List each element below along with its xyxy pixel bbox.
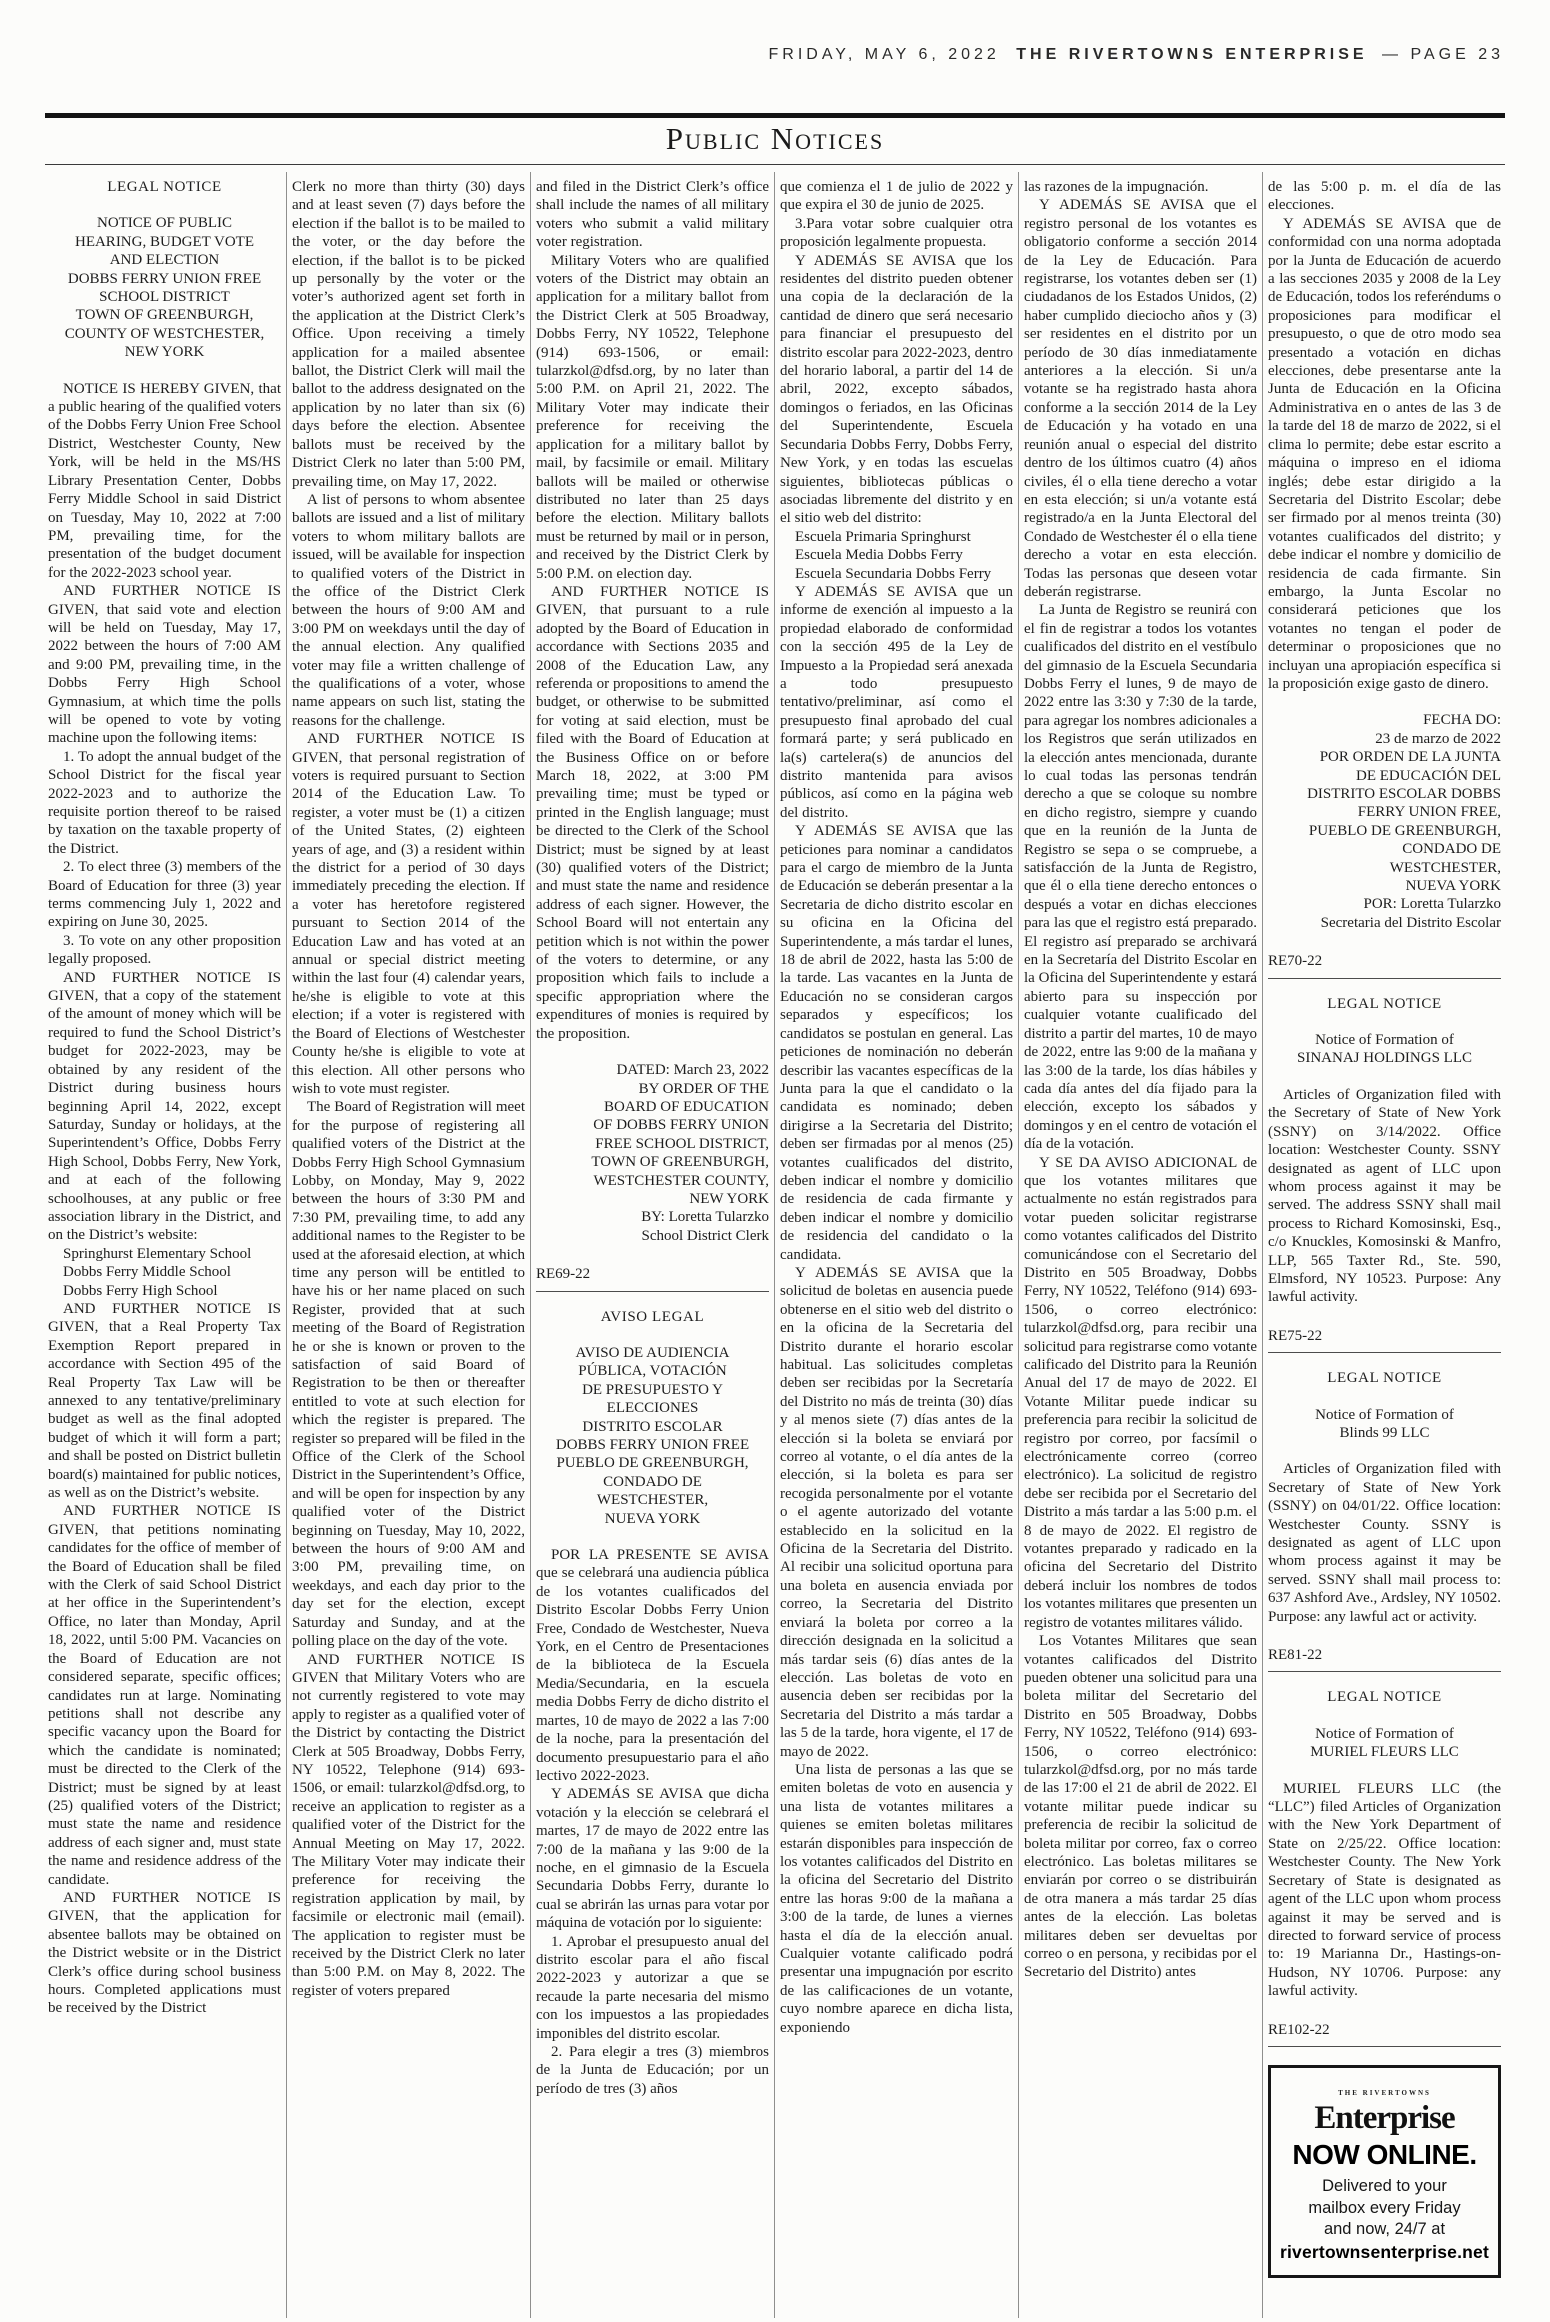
notice-paragraph: Y SE DA AVISO ADICIONAL de que los votan… [1024,1154,1257,1633]
paper-name: THE RIVERTOWNS ENTERPRISE [1016,46,1367,63]
notice-paragraph: Y ADEMÁS SE AVISA que los residentes del… [780,252,1013,528]
page-header: FRIDAY, MAY 6, 2022 THE RIVERTOWNS ENTER… [768,46,1504,64]
notice-paragraph: The Board of Registration will meet for … [292,1098,525,1650]
notice-paragraph: 2. To elect three (3) members of the Boa… [48,858,281,932]
section-title: Public Notices [0,121,1550,157]
section-title-rule [45,164,1505,165]
ad-body-text: Delivered to your mailbox every Friday a… [1277,2176,1492,2239]
column-4: que comienza el 1 de julio de 2022 y que… [780,172,1013,2318]
notice-paragraph: Y ADEMÁS SE AVISA que un informe de exen… [780,583,1013,822]
enterprise-ad: THE RIVERTOWNSEnterpriseNOW ONLINE.Deliv… [1268,2065,1501,2278]
header-rule [45,113,1505,118]
notice-ref-tag: RE69-22 [536,1265,769,1291]
notice-subheading: Notice of Formation of MURIEL FLEURS LLC [1268,1725,1501,1762]
notice-heading: LEGAL NOTICE [1268,995,1501,1013]
column-1: LEGAL NOTICENOTICE OF PUBLIC HEARING, BU… [48,172,281,2318]
column-rule [286,172,287,2318]
notice-paragraph: Y ADEMÁS SE AVISA que las peticiones par… [780,822,1013,1264]
newspaper-page: FRIDAY, MAY 6, 2022 THE RIVERTOWNS ENTER… [0,0,1550,2322]
notice-columns: LEGAL NOTICENOTICE OF PUBLIC HEARING, BU… [48,172,1501,2318]
notice-paragraph: 1. To adopt the annual budget of the Sch… [48,748,281,858]
notice-paragraph: Y ADEMÁS SE AVISA que la solicitud de bo… [780,1264,1013,1761]
notice-paragraph: Y ADEMÁS SE AVISA que de conformidad con… [1268,215,1501,694]
notice-paragraph: 3.Para votar sobre cualquier otra propos… [780,215,1013,252]
column-5: las razones de la impugnación.Y ADEMÁS S… [1024,172,1257,2318]
notice-paragraph: AND FURTHER NOTICE IS GIVEN, that a copy… [48,969,281,1245]
notice-paragraph: 3. To vote on any other proposition lega… [48,932,281,969]
notice-ref-label: RE102-22 [1268,2021,1501,2039]
notice-paragraph: Una lista de personas a las que se emite… [780,1761,1013,2037]
notice-subheading: NOTICE OF PUBLIC HEARING, BUDGET VOTE AN… [48,214,281,361]
notice-heading: LEGAL NOTICE [1268,1369,1501,1387]
notice-paragraph: AND FURTHER NOTICE IS GIVEN, that person… [292,730,525,1098]
notice-paragraph: Military Voters who are qualified voters… [536,252,769,583]
notice-heading: AVISO LEGAL [536,1308,769,1326]
column-3: and filed in the District Clerk’s office… [536,172,769,2318]
notice-ref-label: RE81-22 [1268,1646,1501,1664]
notice-paragraph: Articles of Organization filed with Secr… [1268,1460,1501,1626]
notice-paragraph: AND FURTHER NOTICE IS GIVEN that Militar… [292,1651,525,2001]
notice-paragraph-continued: que comienza el 1 de julio de 2022 y que… [780,178,1013,215]
notice-heading: LEGAL NOTICE [48,178,281,196]
notice-paragraph: La Junta de Registro se reunirá con el f… [1024,601,1257,1153]
signature-block: DATED: March 23, 2022 BY ORDER OF THE BO… [536,1061,769,1245]
ad-website: rivertownsenterprise.net [1277,2243,1492,2261]
column-2: Clerk no more than thirty (30) days and … [292,172,525,2318]
notice-ref-label: RE69-22 [536,1265,769,1283]
notice-heading: LEGAL NOTICE [1268,1688,1501,1706]
notice-ref-label: RE70-22 [1268,952,1501,970]
notice-paragraph: POR LA PRESENTE SE AVISA que se celebrar… [536,1546,769,1785]
notice-divider-rule [1268,1671,1501,1672]
notice-paragraph: MURIEL FLEURS LLC (the “LLC”) filed Arti… [1268,1780,1501,2001]
ad-headline: NOW ONLINE. [1277,2146,1492,2164]
notice-paragraph: 1. Aprobar el presupuesto anual del dist… [536,1933,769,2043]
notice-paragraph: Los Votantes Militares que sean votantes… [1024,1632,1257,1982]
column-rule [530,172,531,2318]
notice-ref-label: RE75-22 [1268,1327,1501,1345]
notice-list: Escuela Primaria Springhurst Escuela Med… [780,528,1013,583]
column-rule [774,172,775,2318]
ad-logo: Enterprise [1277,2102,1492,2136]
notice-paragraph-continued: las razones de la impugnación. [1024,178,1257,196]
notice-paragraph: AND FURTHER NOTICE IS GIVEN, that pursua… [536,583,769,1043]
signature-block: FECHA DO: 23 de marzo de 2022 POR ORDEN … [1268,711,1501,932]
notice-list: Springhurst Elementary School Dobbs Ferr… [48,1245,281,1300]
notice-paragraph: NOTICE IS HEREBY GIVEN, that a public he… [48,380,281,582]
notice-paragraph-continued: de las 5:00 p. m. el día de las eleccion… [1268,178,1501,215]
notice-paragraph: AND FURTHER NOTICE IS GIVEN, that a Real… [48,1300,281,1502]
notice-divider-rule [536,1291,769,1292]
notice-divider-rule [1268,1352,1501,1353]
notice-ref-tag: RE70-22 [1268,952,1501,978]
notice-paragraph: 2. Para elegir a tres (3) miembros de la… [536,2043,769,2098]
issue-date: FRIDAY, MAY 6, 2022 [768,46,999,63]
notice-ref-tag: RE75-22 [1268,1327,1501,1353]
notice-paragraph: Articles of Organization filed with the … [1268,1086,1501,1307]
notice-ref-tag: RE81-22 [1268,1646,1501,1672]
notice-paragraph-continued: and filed in the District Clerk’s office… [536,178,769,252]
notice-paragraph: A list of persons to whom absentee ballo… [292,491,525,730]
page-number: — PAGE 23 [1382,46,1504,63]
notice-paragraph: Y ADEMÁS SE AVISA que dicha votación y l… [536,1785,769,1932]
notice-subheading: Notice of Formation of SINANAJ HOLDINGS … [1268,1031,1501,1068]
notice-subheading: Notice of Formation of Blinds 99 LLC [1268,1406,1501,1443]
notice-divider-rule [1268,2046,1501,2047]
notice-ref-tag: RE102-22 [1268,2021,1501,2047]
notice-paragraph: AND FURTHER NOTICE IS GIVEN, that petiti… [48,1502,281,1889]
column-rule [1262,172,1263,2318]
column-rule [1018,172,1019,2318]
notice-paragraph: AND FURTHER NOTICE IS GIVEN, that said v… [48,582,281,748]
notice-paragraph-continued: Clerk no more than thirty (30) days and … [292,178,525,491]
notice-divider-rule [1268,978,1501,979]
notice-paragraph: Y ADEMÁS SE AVISA que el registro person… [1024,196,1257,601]
column-6: de las 5:00 p. m. el día de las eleccion… [1268,172,1501,2318]
notice-paragraph: AND FURTHER NOTICE IS GIVEN, that the ap… [48,1889,281,2018]
notice-subheading: AVISO DE AUDIENCIA PÚBLICA, VOTACIÓN DE … [536,1344,769,1528]
